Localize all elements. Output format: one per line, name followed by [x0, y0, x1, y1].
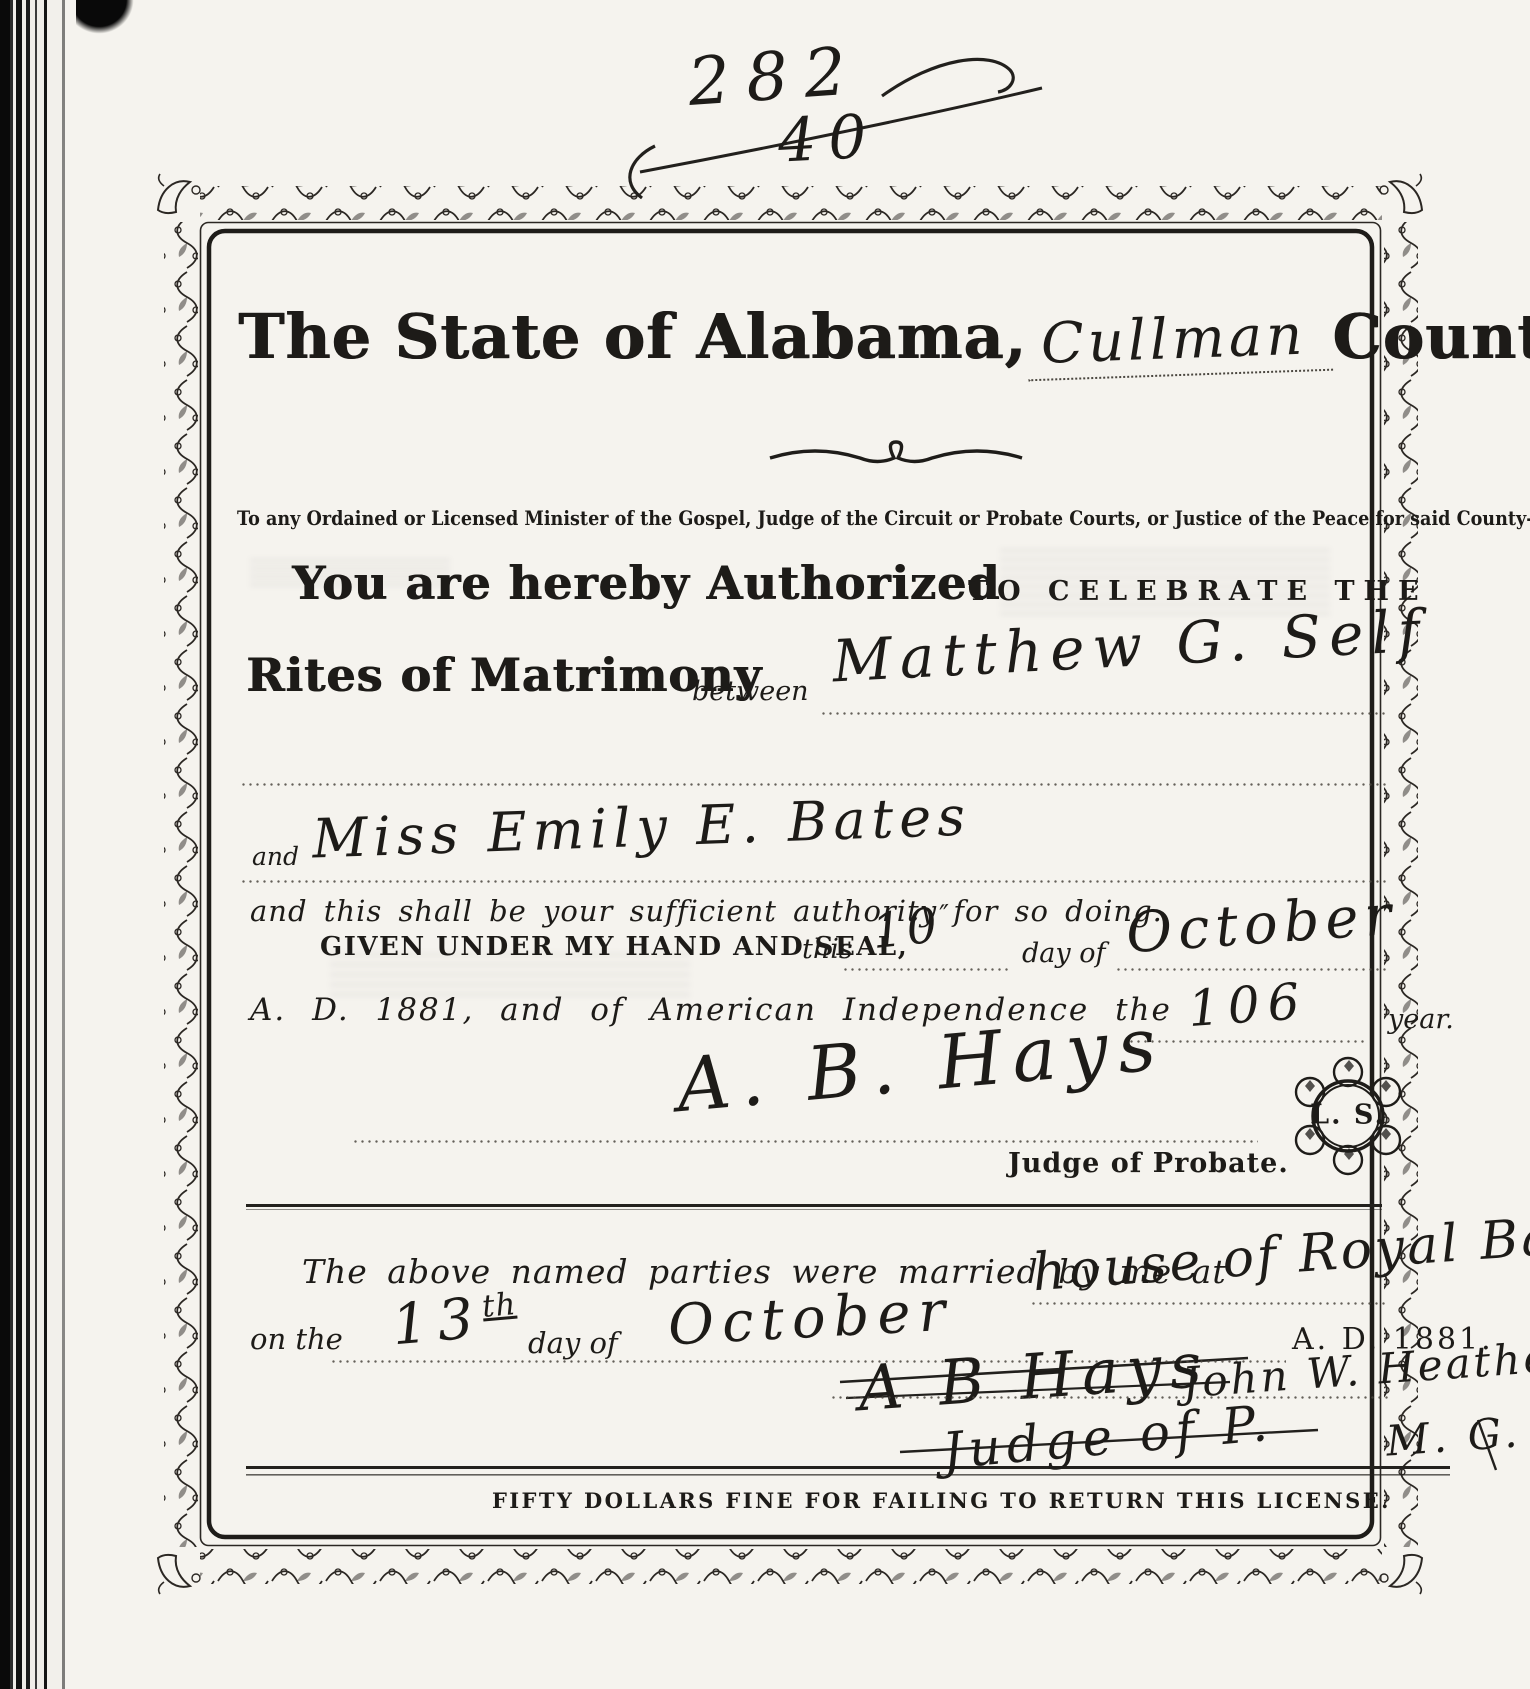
return-day-suffix: th [481, 1286, 518, 1325]
blank-line [240, 783, 1386, 786]
rites-of-matrimony: Rites of Matrimony [246, 648, 762, 702]
issuance-day-number: 10 [869, 897, 944, 960]
independence-year: 106 [1186, 972, 1309, 1038]
return-day-number: 13 [389, 1286, 486, 1359]
between-label: between [692, 676, 809, 707]
this-label: this [802, 934, 853, 965]
signature-line [352, 1140, 1258, 1143]
issuance-day-line [842, 968, 1012, 971]
and-label: and [252, 842, 299, 871]
issuance-day-of: day of [1022, 938, 1105, 969]
ledger-number-bottom: 40 [776, 101, 880, 176]
marriage-license-page: 282 40 The State of Alabama, Cullman Cou… [0, 0, 1530, 1689]
title-county-handwritten: Cullman [1026, 302, 1334, 382]
footer-warning: FIFTY DOLLARS FINE FOR FAILING TO RETURN… [492, 1488, 1391, 1513]
hereby-authorized: You are hereby Authorized [292, 556, 1000, 610]
sufficiency-line: and this shall be your sufficient author… [250, 894, 1163, 928]
location-line [1030, 1302, 1386, 1305]
return-day: 13th [389, 1283, 520, 1359]
issuance-month-line [1115, 968, 1386, 971]
title-county-word: County. [1332, 300, 1530, 373]
title-state: The State of Alabama, [238, 300, 1027, 373]
issuance-day: 10″ [869, 896, 954, 960]
seal-ls-label: L. S. [1310, 1099, 1386, 1130]
on-the-label: on the [250, 1322, 343, 1356]
year-label: year. [1388, 1004, 1454, 1035]
officiant-credential: M. G. [1384, 1407, 1522, 1465]
return-day-of: day of [528, 1326, 618, 1360]
groom-name-line [820, 712, 1386, 715]
document-title: The State of Alabama, Cullman County. [238, 300, 1388, 376]
bride-name-line [240, 880, 1386, 883]
greeting-line: To any Ordained or Licensed Minister of … [237, 506, 1530, 530]
judge-title: Judge of Probate. [1008, 1148, 1289, 1179]
